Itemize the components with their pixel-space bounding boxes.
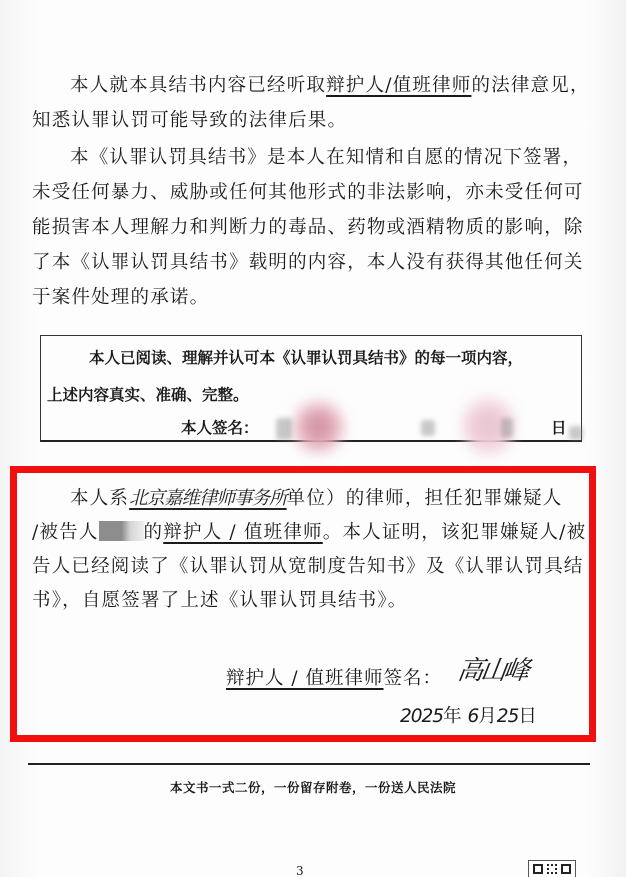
text: 未受任何暴力、威胁或任何其他形式的非法影响，亦未受任何可 <box>32 175 592 210</box>
date-day-label: 日 <box>551 416 567 438</box>
footer-note: 本文书一式二份，一份留存附卷，一份送人民法院 <box>0 778 626 796</box>
paragraph-legal-advice: 本人就本具结书内容已经听取辩护人/值班律师的法律意见， 知悉认罪认罚可能导致的法… <box>32 68 592 138</box>
fingerprint-stamp <box>291 396 346 458</box>
document-page: 本人就本具结书内容已经听取辩护人/值班律师的法律意见， 知悉认罪认罚可能导致的法… <box>0 0 626 877</box>
confirmation-box: 本人已阅读、理解并认可本《认罪认罚具结书》的每一项内容， 上述内容真实、准确、完… <box>40 335 582 442</box>
confirmation-line-1: 本人已阅读、理解并认可本《认罪认罚具结书》的每一项内容， <box>89 346 523 368</box>
text: 本人就本具结书内容已经听取 <box>70 75 326 96</box>
signature-label: 本人签名： <box>181 416 259 438</box>
redacted-date <box>421 420 435 436</box>
text: 的法律意见， <box>471 75 589 96</box>
redacted-date <box>501 418 513 438</box>
page-number: 3 <box>296 864 304 877</box>
text: 知悉认罪认罚可能导致的法律后果。 <box>32 103 592 138</box>
confirmation-line-2: 上述内容真实、准确、完整。 <box>47 383 249 405</box>
qr-code-icon <box>528 860 576 877</box>
redacted-signature <box>276 418 292 440</box>
underlined-role: 辩护人/值班律师 <box>326 75 471 96</box>
text: 于案件处理的承诺。 <box>32 280 592 315</box>
footer-divider <box>28 763 590 765</box>
redacted-date <box>569 426 583 440</box>
text: 了本《认罪认罚具结书》载明的内容，本人没有获得其他任何关 <box>32 245 592 280</box>
paragraph-voluntary-declaration: 本《认罪认罚具结书》是本人在知情和自愿的情况下签署， 未受任何暴力、威胁或任何其… <box>32 140 592 315</box>
highlight-annotation-box <box>10 466 596 742</box>
text: 能损害本人理解力和判断力的毒品、药物或酒精物质的影响，除 <box>32 210 592 245</box>
text: 本《认罪认罚具结书》是本人在知情和自愿的情况下签署， <box>70 147 582 168</box>
